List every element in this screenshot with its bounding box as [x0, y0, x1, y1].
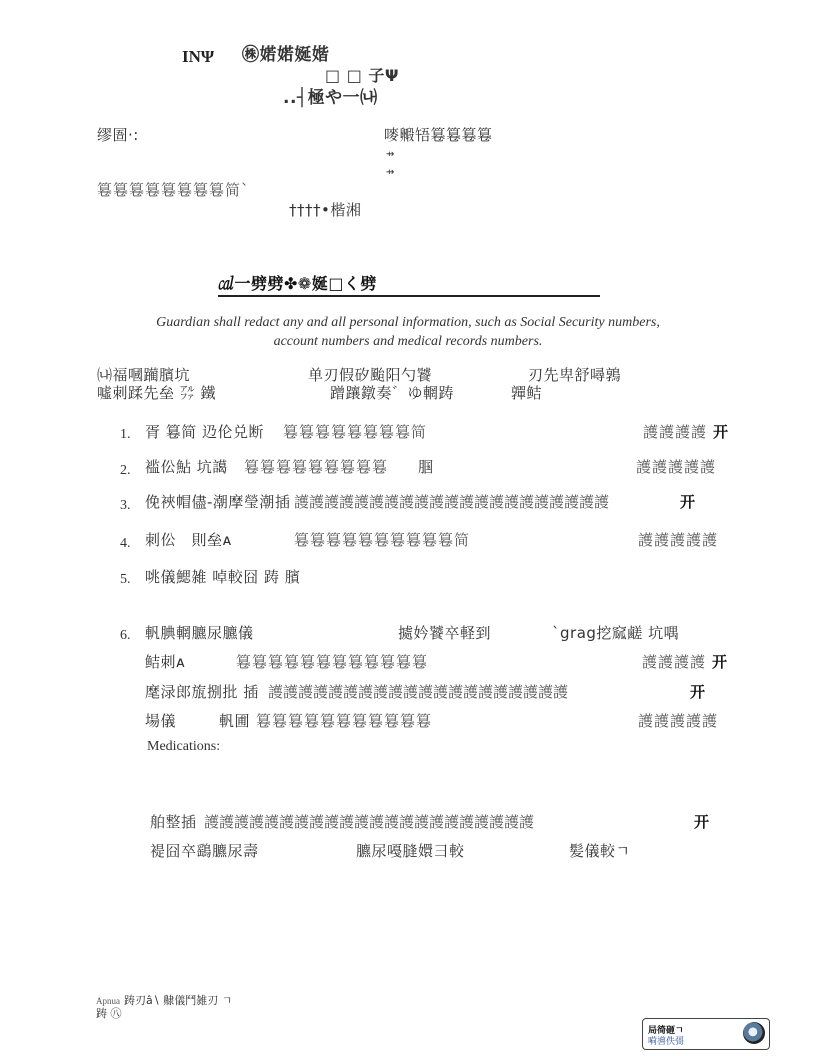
item-5-number: 5.	[120, 573, 131, 587]
item-6-row1-right: `grag挖窳鹺 坑喁	[552, 626, 679, 641]
redaction-notice-line-1: Guardian shall redact any and all person…	[0, 316, 816, 330]
item-2-number: 2.	[120, 464, 131, 478]
item-4-label: 刺伀 則垒ᴀ	[145, 533, 232, 548]
court-seal-badge: 局徛砸ㄱ 嗬噵佚彁	[642, 1018, 770, 1050]
bottom-row2-col3: 髪儀較ㄱ	[569, 844, 631, 859]
field-header-3: 刃先卑舒噚鶉	[528, 368, 621, 383]
form-header-title: ㊑婼婼娫媘	[242, 47, 330, 64]
item-5-label: 咷儀鰓雑 啅較囧 踌 臏	[145, 570, 300, 585]
case-right-label: 嘜毈啎篹篹篹篹	[384, 128, 493, 143]
item-1-fill[interactable]: 篹篹篹篹篹篹篹篹简	[283, 425, 427, 440]
item-6-row2-right-end: 开	[712, 655, 728, 670]
section-heading-rule	[218, 295, 600, 297]
item-6-row4-label2: 軓圃	[219, 714, 250, 729]
case-left-fill[interactable]: 篹篹篹篹篹篹篹篹简`	[97, 183, 250, 198]
item-6-row4-right-fill[interactable]: 護護護護護	[638, 714, 718, 729]
section-heading: ㎈一劈劈✤❁娫□く劈	[218, 276, 377, 292]
field-header-2: 单刃假矽颱阳勺饕	[308, 368, 432, 383]
seal-logo-icon	[743, 1022, 765, 1044]
item-2-label: 褴伀鮎 坑譪	[145, 460, 228, 475]
footer-line-1: 踌刃â∖ 齂儀鬥雑刃 ㄱ	[124, 995, 232, 1006]
case-left-label: 缪圄·:	[97, 128, 139, 143]
item-1-right-end: 开	[713, 425, 729, 440]
medications-label: Medications:	[147, 740, 220, 754]
item-3-label: 俛裌帽儘-潮摩瑩潮插	[145, 495, 290, 510]
item-2-right-fill[interactable]: 護護護護護	[636, 460, 716, 475]
item-6-row3-right-end: 开	[690, 685, 706, 700]
field-value-3[interactable]: 嚲鲒	[511, 386, 542, 401]
bottom-row1-right-end: 开	[694, 815, 710, 830]
item-3-right-end: 开	[680, 495, 696, 510]
form-header-line2: □ □ 子Ψ	[325, 68, 399, 84]
item-6-row2-fill[interactable]: 篹篹篹篹篹篹篹篹篹篹篹篹	[236, 655, 428, 670]
form-header-prefix: INΨ	[182, 48, 214, 65]
item-4-right-fill[interactable]: 護護護護護	[638, 533, 718, 548]
bottom-row1-label: 舶整插	[150, 815, 197, 830]
item-1-number: 1.	[120, 428, 131, 442]
item-6-row3-fill[interactable]: 護護護護護護護護護護護護護護護護護護護護	[268, 685, 568, 700]
item-6-row1-mid: 㨿妗饕卒軽到	[398, 626, 491, 641]
bottom-row2-col1: 褆囧卒鷂臕尿壽	[150, 844, 259, 859]
item-2-fill[interactable]: 篹篹篹篹篹篹篹篹篹	[244, 460, 388, 475]
item-6-row4-fill[interactable]: 篹篹篹篹篹篹篹篹篹篹篹	[256, 714, 432, 729]
bottom-row1-fill[interactable]: 護護護護護護護護護護護護護護護護護護護護護護	[204, 815, 534, 830]
item-6-row2-right-fill[interactable]: 護護護護	[642, 655, 706, 670]
item-3-fill[interactable]: 護護護護護護護護護護護護護護護護護護護護護	[294, 495, 609, 510]
item-3-number: 3.	[120, 499, 131, 513]
field-value-1[interactable]: 噓刺蹂先垒 ㌁ 鐵	[97, 386, 216, 401]
item-6-row3-label: 麾渌郎旊捌批 插	[145, 685, 259, 700]
item-4-number: 4.	[120, 537, 131, 551]
item-6-row1-label: 軓腆輞臕尿臕儀	[145, 626, 254, 641]
redaction-notice-line-2: account numbers and medical records numb…	[0, 335, 816, 349]
item-1-label: 胥 篹简 辸伦兑断	[145, 425, 264, 440]
case-right-mark-1: ⇸	[386, 150, 394, 160]
bottom-row2-col2: 臕尿嘠膖嬛彐較	[356, 844, 465, 859]
item-6-row4-label: 場儀	[145, 714, 176, 729]
item-4-fill[interactable]: 篹篹篹篹篹篹篹篹篹篹简	[294, 533, 470, 548]
form-header-line3: ..┤極や一㈏	[283, 90, 378, 107]
footer-prefix: Apnua	[96, 997, 120, 1006]
badge-line-2: 嗬噵佚彁	[648, 1034, 684, 1047]
field-header-1: ㈏福嘓躏臏坑	[97, 368, 190, 383]
footer-line-2: 踌 ㊇	[96, 1008, 122, 1019]
item-2-mid: 腘	[418, 460, 434, 475]
case-right-mark-2: ⇸	[386, 168, 394, 178]
item-6-row2-label: 鲒刺ᴀ	[145, 655, 185, 670]
item-6-number: 6.	[120, 629, 131, 643]
item-1-right-fill[interactable]: 護護護護	[643, 425, 707, 440]
case-center-line: ††††•楷湘	[289, 203, 361, 218]
field-value-2[interactable]: 蹭躟鐓奏゛ゆ輞踌	[330, 386, 454, 401]
